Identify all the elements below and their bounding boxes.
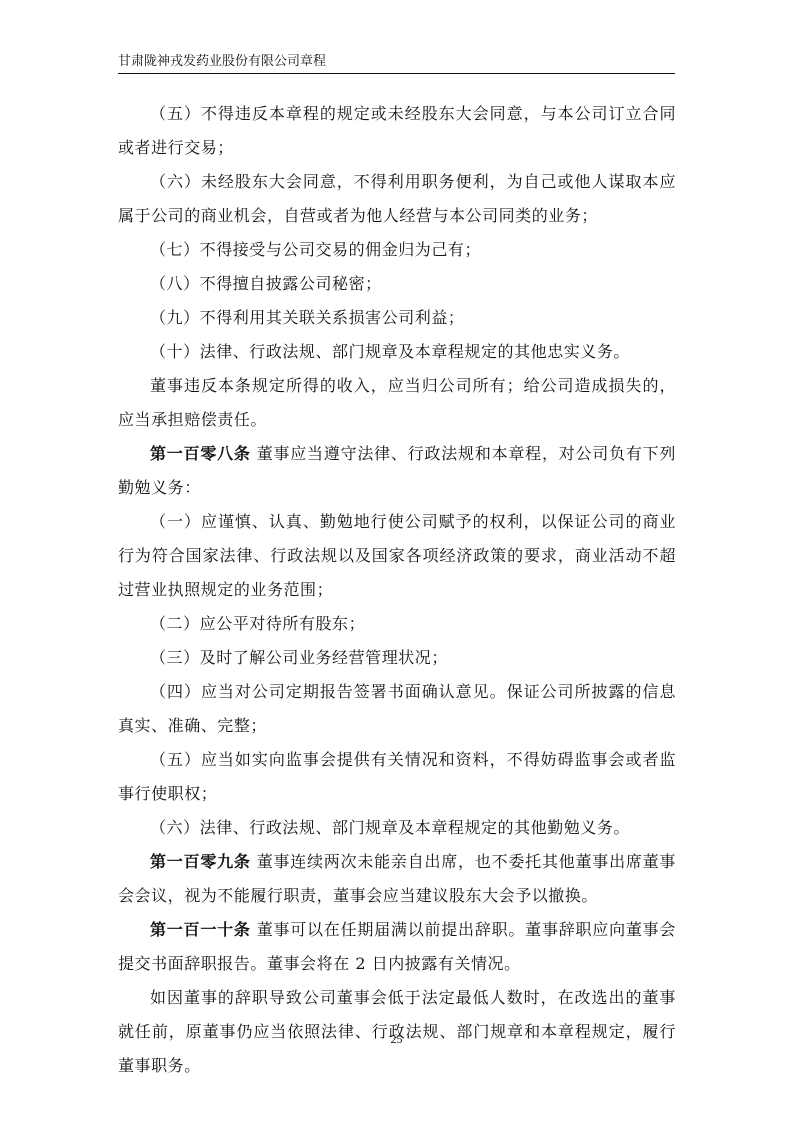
article-number: 第一百零九条 — [150, 852, 251, 871]
paragraph-text: （一）应谨慎、认真、勤勉地行使公司赋予的权利，以保证公司的商业行为符合国家法律、… — [118, 512, 676, 599]
page-footer: 25 — [0, 1032, 793, 1047]
paragraph: （二）应公平对待所有股东； — [118, 607, 676, 641]
article-110: 第一百一十条董事可以在任期届满以前提出辞职。董事辞职应向董事会提交书面辞职报告。… — [118, 913, 676, 981]
paragraph: （六）未经股东大会同意，不得利用职务便利，为自己或他人谋取本应属于公司的商业机会… — [118, 165, 676, 233]
paragraph-text: （三）及时了解公司业务经营管理状况； — [150, 648, 448, 667]
paragraph-text: （九）不得利用其关联关系损害公司利益； — [150, 308, 464, 327]
paragraph: （九）不得利用其关联关系损害公司利益； — [118, 301, 676, 335]
paragraph: （八）不得擅自披露公司秘密； — [118, 267, 676, 301]
paragraph-text: （八）不得擅自披露公司秘密； — [150, 274, 382, 293]
paragraph-text: （五）不得违反本章程的规定或未经股东大会同意，与本公司订立合同或者进行交易； — [118, 104, 676, 157]
paragraph-text: （四）应当对公司定期报告签署书面确认意见。保证公司所披露的信息真实、准确、完整； — [118, 682, 676, 735]
header-title: 甘肃陇神戎发药业股份有限公司章程 — [118, 54, 326, 69]
paragraph: （三）及时了解公司业务经营管理状况； — [118, 641, 676, 675]
paragraph: 董事违反本条规定所得的收入，应当归公司所有；给公司造成损失的，应当承担赔偿责任。 — [118, 369, 676, 437]
paragraph-text: 董事违反本条规定所得的收入，应当归公司所有；给公司造成损失的，应当承担赔偿责任。 — [118, 376, 676, 429]
paragraph-text: （七）不得接受与公司交易的佣金归为己有； — [150, 240, 481, 259]
article-number: 第一百零八条 — [150, 444, 251, 463]
paragraph: （四）应当对公司定期报告签署书面确认意见。保证公司所披露的信息真实、准确、完整； — [118, 675, 676, 743]
paragraph: （七）不得接受与公司交易的佣金归为己有； — [118, 233, 676, 267]
paragraph-text: （二）应公平对待所有股东； — [150, 614, 365, 633]
paragraph-text: （六）未经股东大会同意，不得利用职务便利，为自己或他人谋取本应属于公司的商业机会… — [118, 172, 676, 225]
article-number: 第一百一十条 — [150, 920, 251, 939]
paragraph: （五）不得违反本章程的规定或未经股东大会同意，与本公司订立合同或者进行交易； — [118, 97, 676, 165]
running-header: 甘肃陇神戎发药业股份有限公司章程 — [118, 54, 675, 74]
article-109: 第一百零九条董事连续两次未能亲自出席，也不委托其他董事出席董事会会议，视为不能履… — [118, 845, 676, 913]
paragraph-text: （六）法律、行政法规、部门规章及本章程规定的其他勤勉义务。 — [150, 818, 630, 837]
paragraph-text: （五）应当如实向监事会提供有关情况和资料，不得妨碍监事会或者监事行使职权； — [118, 750, 676, 803]
paragraph-text: （十）法律、行政法规、部门规章及本章程规定的其他忠实义务。 — [150, 342, 630, 361]
paragraph: （六）法律、行政法规、部门规章及本章程规定的其他勤勉义务。 — [118, 811, 676, 845]
page-number: 25 — [391, 1032, 403, 1046]
article-108: 第一百零八条董事应当遵守法律、行政法规和本章程，对公司负有下列勤勉义务： — [118, 437, 676, 505]
paragraph: （一）应谨慎、认真、勤勉地行使公司赋予的权利，以保证公司的商业行为符合国家法律、… — [118, 505, 676, 607]
document-body: （五）不得违反本章程的规定或未经股东大会同意，与本公司订立合同或者进行交易； （… — [118, 97, 676, 1083]
paragraph: （五）应当如实向监事会提供有关情况和资料，不得妨碍监事会或者监事行使职权； — [118, 743, 676, 811]
paragraph: （十）法律、行政法规、部门规章及本章程规定的其他忠实义务。 — [118, 335, 676, 369]
